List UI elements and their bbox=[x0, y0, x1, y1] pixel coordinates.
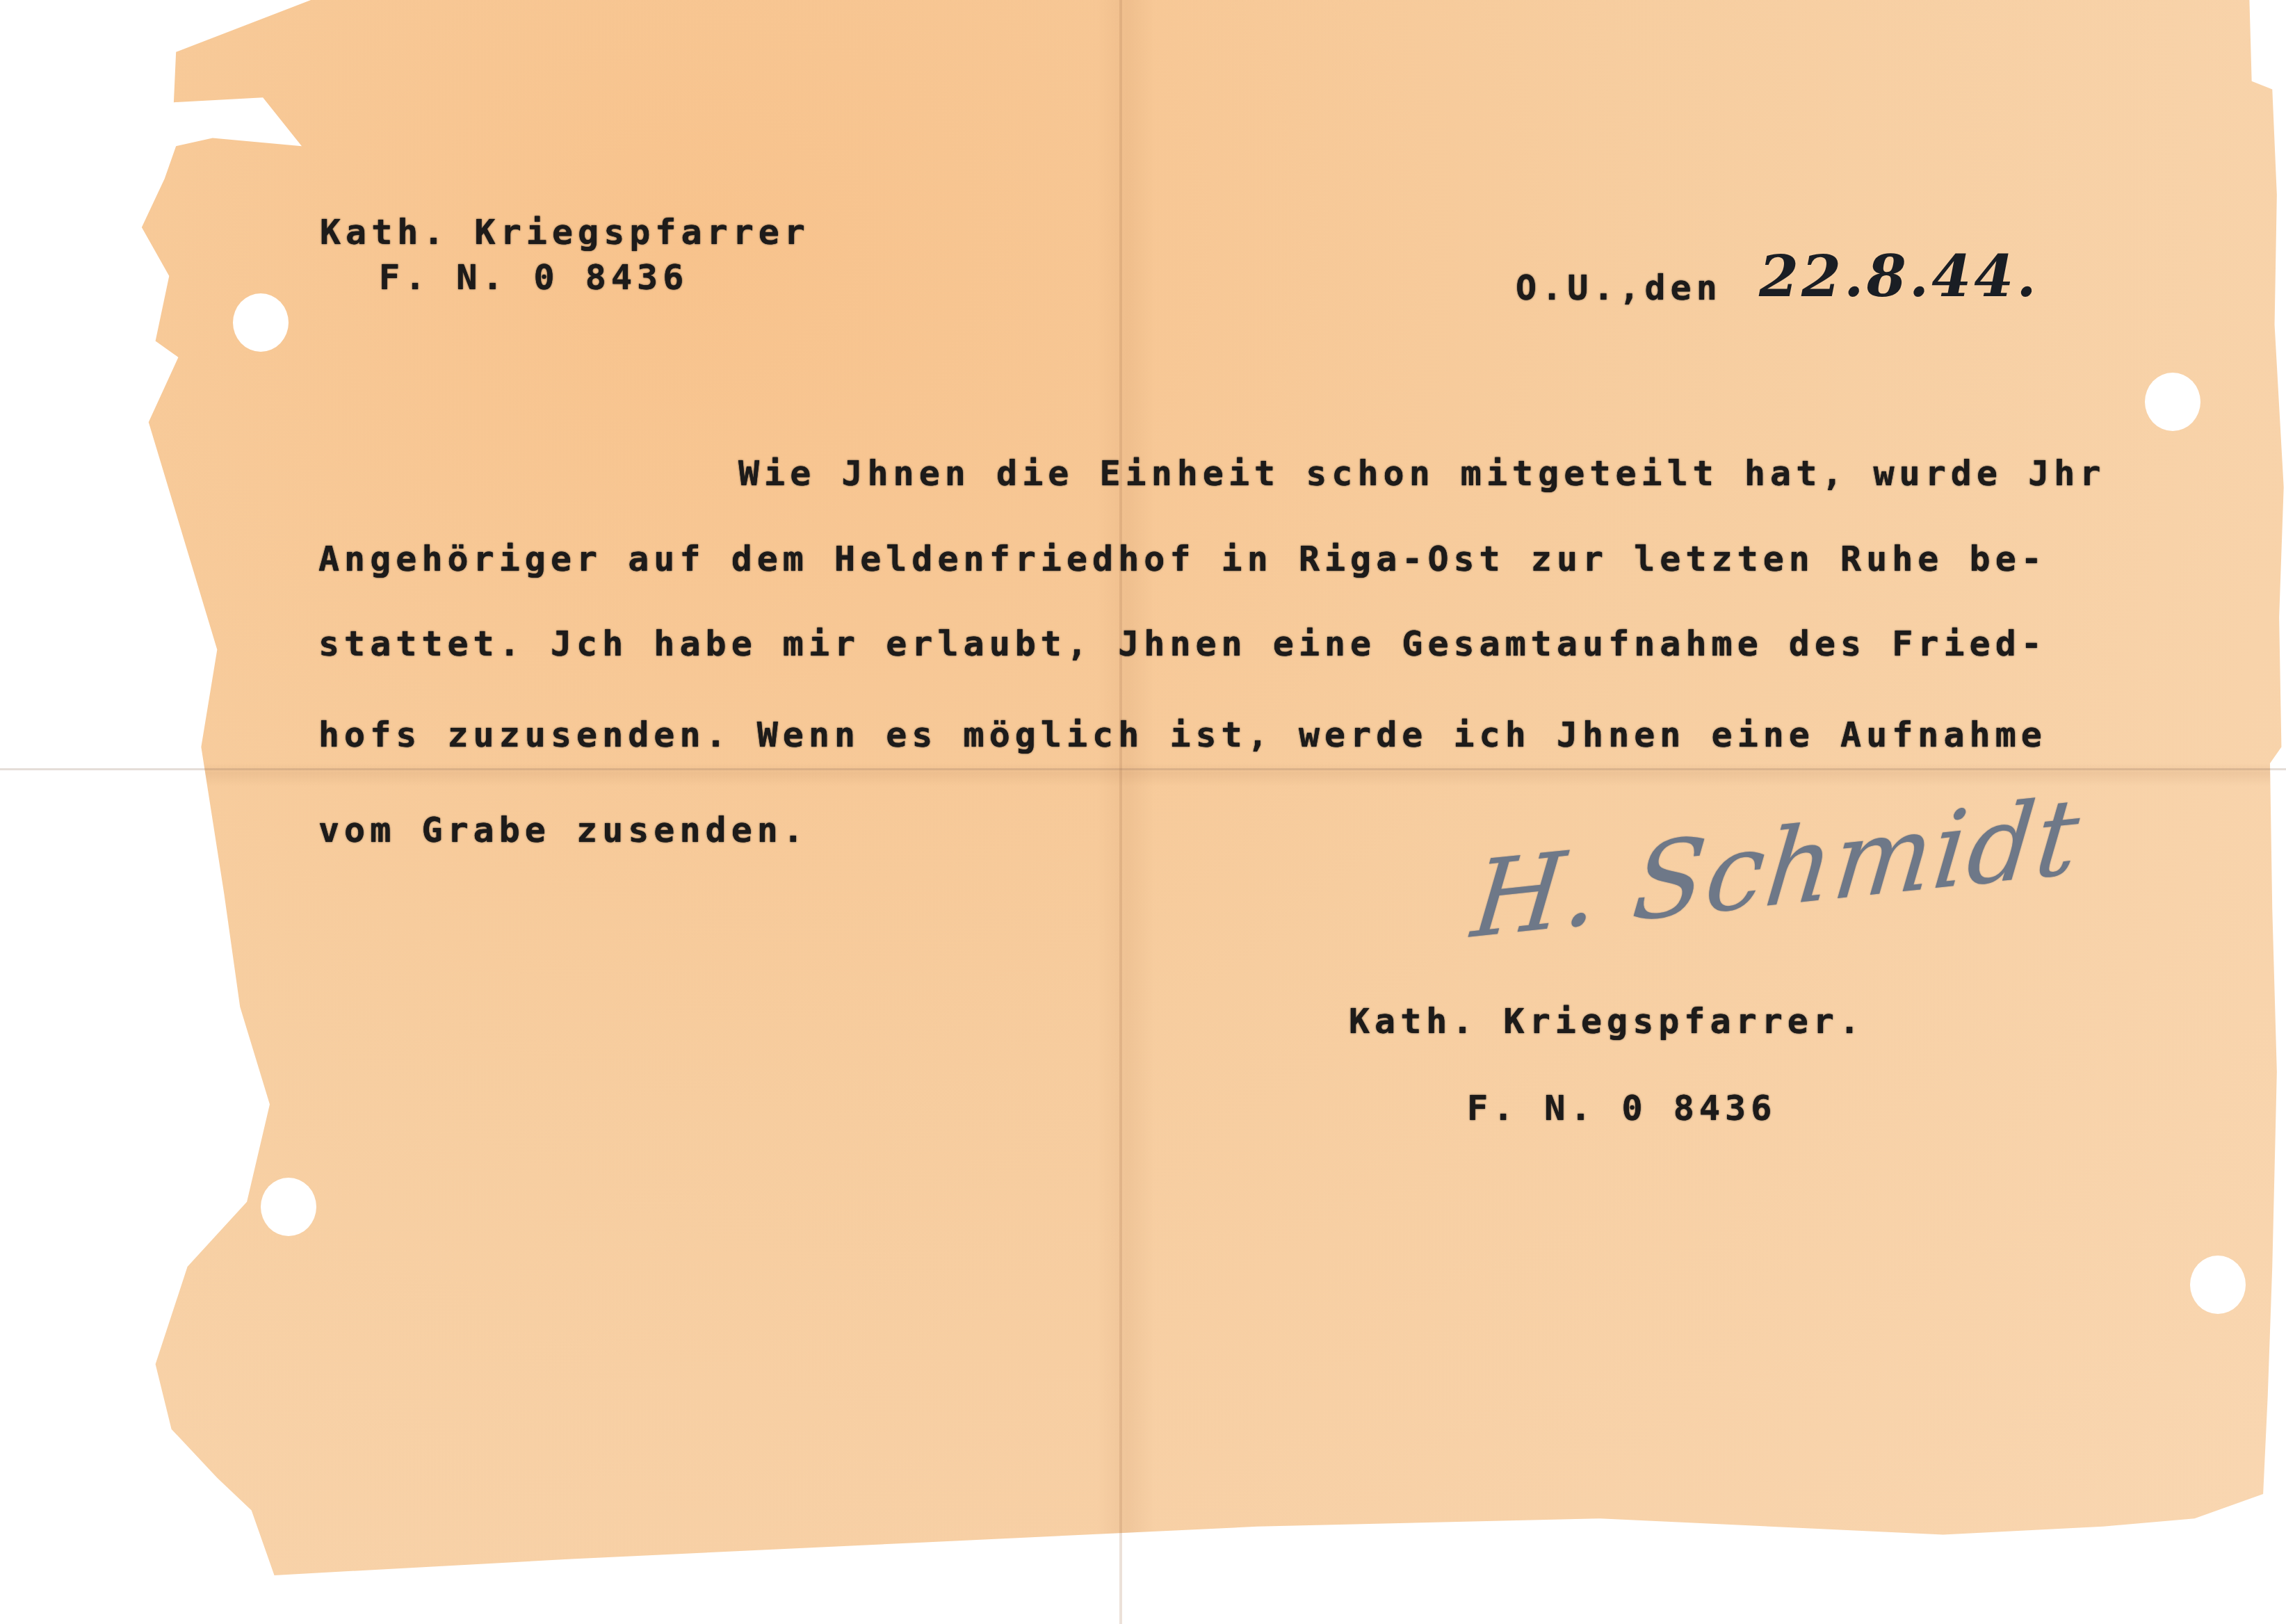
sender-field-post-number: F. N. 0 8436 bbox=[379, 257, 688, 298]
handwritten-date: 22.8.44. bbox=[1759, 243, 2039, 310]
closing-field-post-number: F. N. 0 8436 bbox=[1467, 1088, 1776, 1128]
vertical-fold-crease bbox=[1119, 0, 1122, 1624]
sender-title: Kath. Kriegspfarrer bbox=[320, 212, 810, 252]
punch-hole-top-right bbox=[2145, 373, 2200, 431]
dateline-place: O.U.,den bbox=[1516, 268, 1722, 308]
punch-hole-top-left bbox=[233, 293, 289, 352]
body-line-2: Angehöriger auf dem Heldenfriedhof in Ri… bbox=[318, 539, 2047, 579]
punch-hole-bottom-left bbox=[261, 1178, 316, 1236]
punch-hole-bottom-right bbox=[2190, 1256, 2246, 1314]
body-line-5: vom Grabe zusenden. bbox=[318, 810, 809, 850]
body-line-1: Wie Jhnen die Einheit schon mitgeteilt h… bbox=[738, 453, 2105, 494]
body-line-4: hofs zuzusenden. Wenn es möglich ist, we… bbox=[318, 715, 2047, 755]
body-line-3: stattet. Jch habe mir erlaubt, Jhnen ein… bbox=[318, 624, 2047, 664]
closing-title: Kath. Kriegspfarrer. bbox=[1349, 1001, 1865, 1041]
horizontal-fold-crease bbox=[0, 768, 2286, 770]
